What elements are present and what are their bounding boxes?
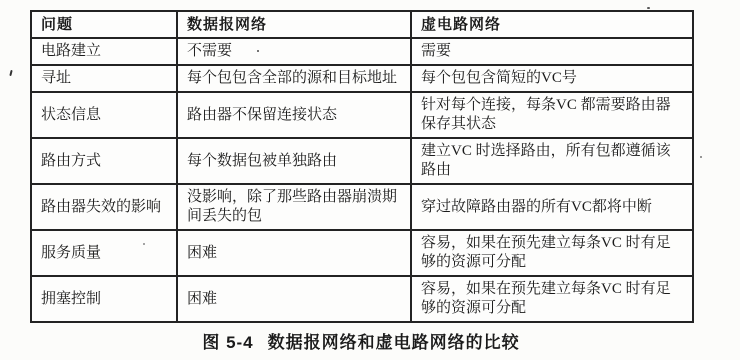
scanned-page: 问题 数据报网络 虚电路网络 电路建立不需要需要寻址每个包包含全部的源和目标地址… bbox=[0, 0, 740, 360]
table-cell: 每个包包含全部的源和目标地址 bbox=[177, 65, 411, 92]
table-cell: 不需要 bbox=[177, 38, 411, 65]
table-cell: 容易，如果在预先建立每条VC 时有足 够的资源可分配 bbox=[411, 276, 693, 322]
header-cell-virtual-circuit-network: 虚电路网络 bbox=[411, 11, 693, 38]
table-row: 状态信息路由器不保留连接状态针对每个连接，每条VC 都需要路由器 保存其状态 bbox=[31, 92, 693, 138]
table-header-row: 问题 数据报网络 虚电路网络 bbox=[31, 11, 693, 38]
table-cell: 针对每个连接，每条VC 都需要路由器 保存其状态 bbox=[411, 92, 693, 138]
scan-artifact bbox=[143, 243, 145, 245]
figure-caption-text: 数据报网络和虚电路网络的比较 bbox=[268, 333, 520, 352]
scan-artifact bbox=[257, 50, 259, 52]
table-cell: 路由方式 bbox=[31, 138, 177, 184]
header-cell-issue: 问题 bbox=[31, 11, 177, 38]
table-row: 路由方式每个数据包被单独路由建立VC 时选择路由，所有包都遵循该 路由 bbox=[31, 138, 693, 184]
table-row: 路由器失效的影响没影响，除了那些路由器崩溃期 间丢失的包穿过故障路由器的所有VC… bbox=[31, 184, 693, 230]
figure-caption: 图 5-4数据报网络和虚电路网络的比较 bbox=[30, 328, 692, 353]
table-cell: 拥塞控制 bbox=[31, 276, 177, 322]
scan-artifact bbox=[700, 156, 702, 158]
table-cell: 状态信息 bbox=[31, 92, 177, 138]
table-body: 电路建立不需要需要寻址每个包包含全部的源和目标地址每个包包含简短的VC号状态信息… bbox=[31, 38, 693, 322]
table-cell: 困难 bbox=[177, 276, 411, 322]
table-row: 寻址每个包包含全部的源和目标地址每个包包含简短的VC号 bbox=[31, 65, 693, 92]
table-cell: 路由器不保留连接状态 bbox=[177, 92, 411, 138]
table-row: 服务质量困难容易，如果在预先建立每条VC 时有足 够的资源可分配 bbox=[31, 230, 693, 276]
table-cell: 容易，如果在预先建立每条VC 时有足 够的资源可分配 bbox=[411, 230, 693, 276]
table-row: 拥塞控制困难容易，如果在预先建立每条VC 时有足 够的资源可分配 bbox=[31, 276, 693, 322]
scan-artifact bbox=[647, 7, 650, 9]
table-cell: 寻址 bbox=[31, 65, 177, 92]
header-cell-datagram-network: 数据报网络 bbox=[177, 11, 411, 38]
scan-artifact bbox=[9, 70, 12, 76]
figure-caption-label: 图 5-4 bbox=[202, 333, 253, 352]
table-cell: 电路建立 bbox=[31, 38, 177, 65]
table-row: 电路建立不需要需要 bbox=[31, 38, 693, 65]
table-cell: 穿过故障路由器的所有VC都将中断 bbox=[411, 184, 693, 230]
table-cell: 路由器失效的影响 bbox=[31, 184, 177, 230]
table-cell: 每个数据包被单独路由 bbox=[177, 138, 411, 184]
table-cell: 建立VC 时选择路由，所有包都遵循该 路由 bbox=[411, 138, 693, 184]
table-cell: 需要 bbox=[411, 38, 693, 65]
table-cell: 服务质量 bbox=[31, 230, 177, 276]
table-cell: 每个包包含简短的VC号 bbox=[411, 65, 693, 92]
comparison-table: 问题 数据报网络 虚电路网络 电路建立不需要需要寻址每个包包含全部的源和目标地址… bbox=[30, 10, 694, 323]
table-cell: 没影响，除了那些路由器崩溃期 间丢失的包 bbox=[177, 184, 411, 230]
table-cell: 困难 bbox=[177, 230, 411, 276]
